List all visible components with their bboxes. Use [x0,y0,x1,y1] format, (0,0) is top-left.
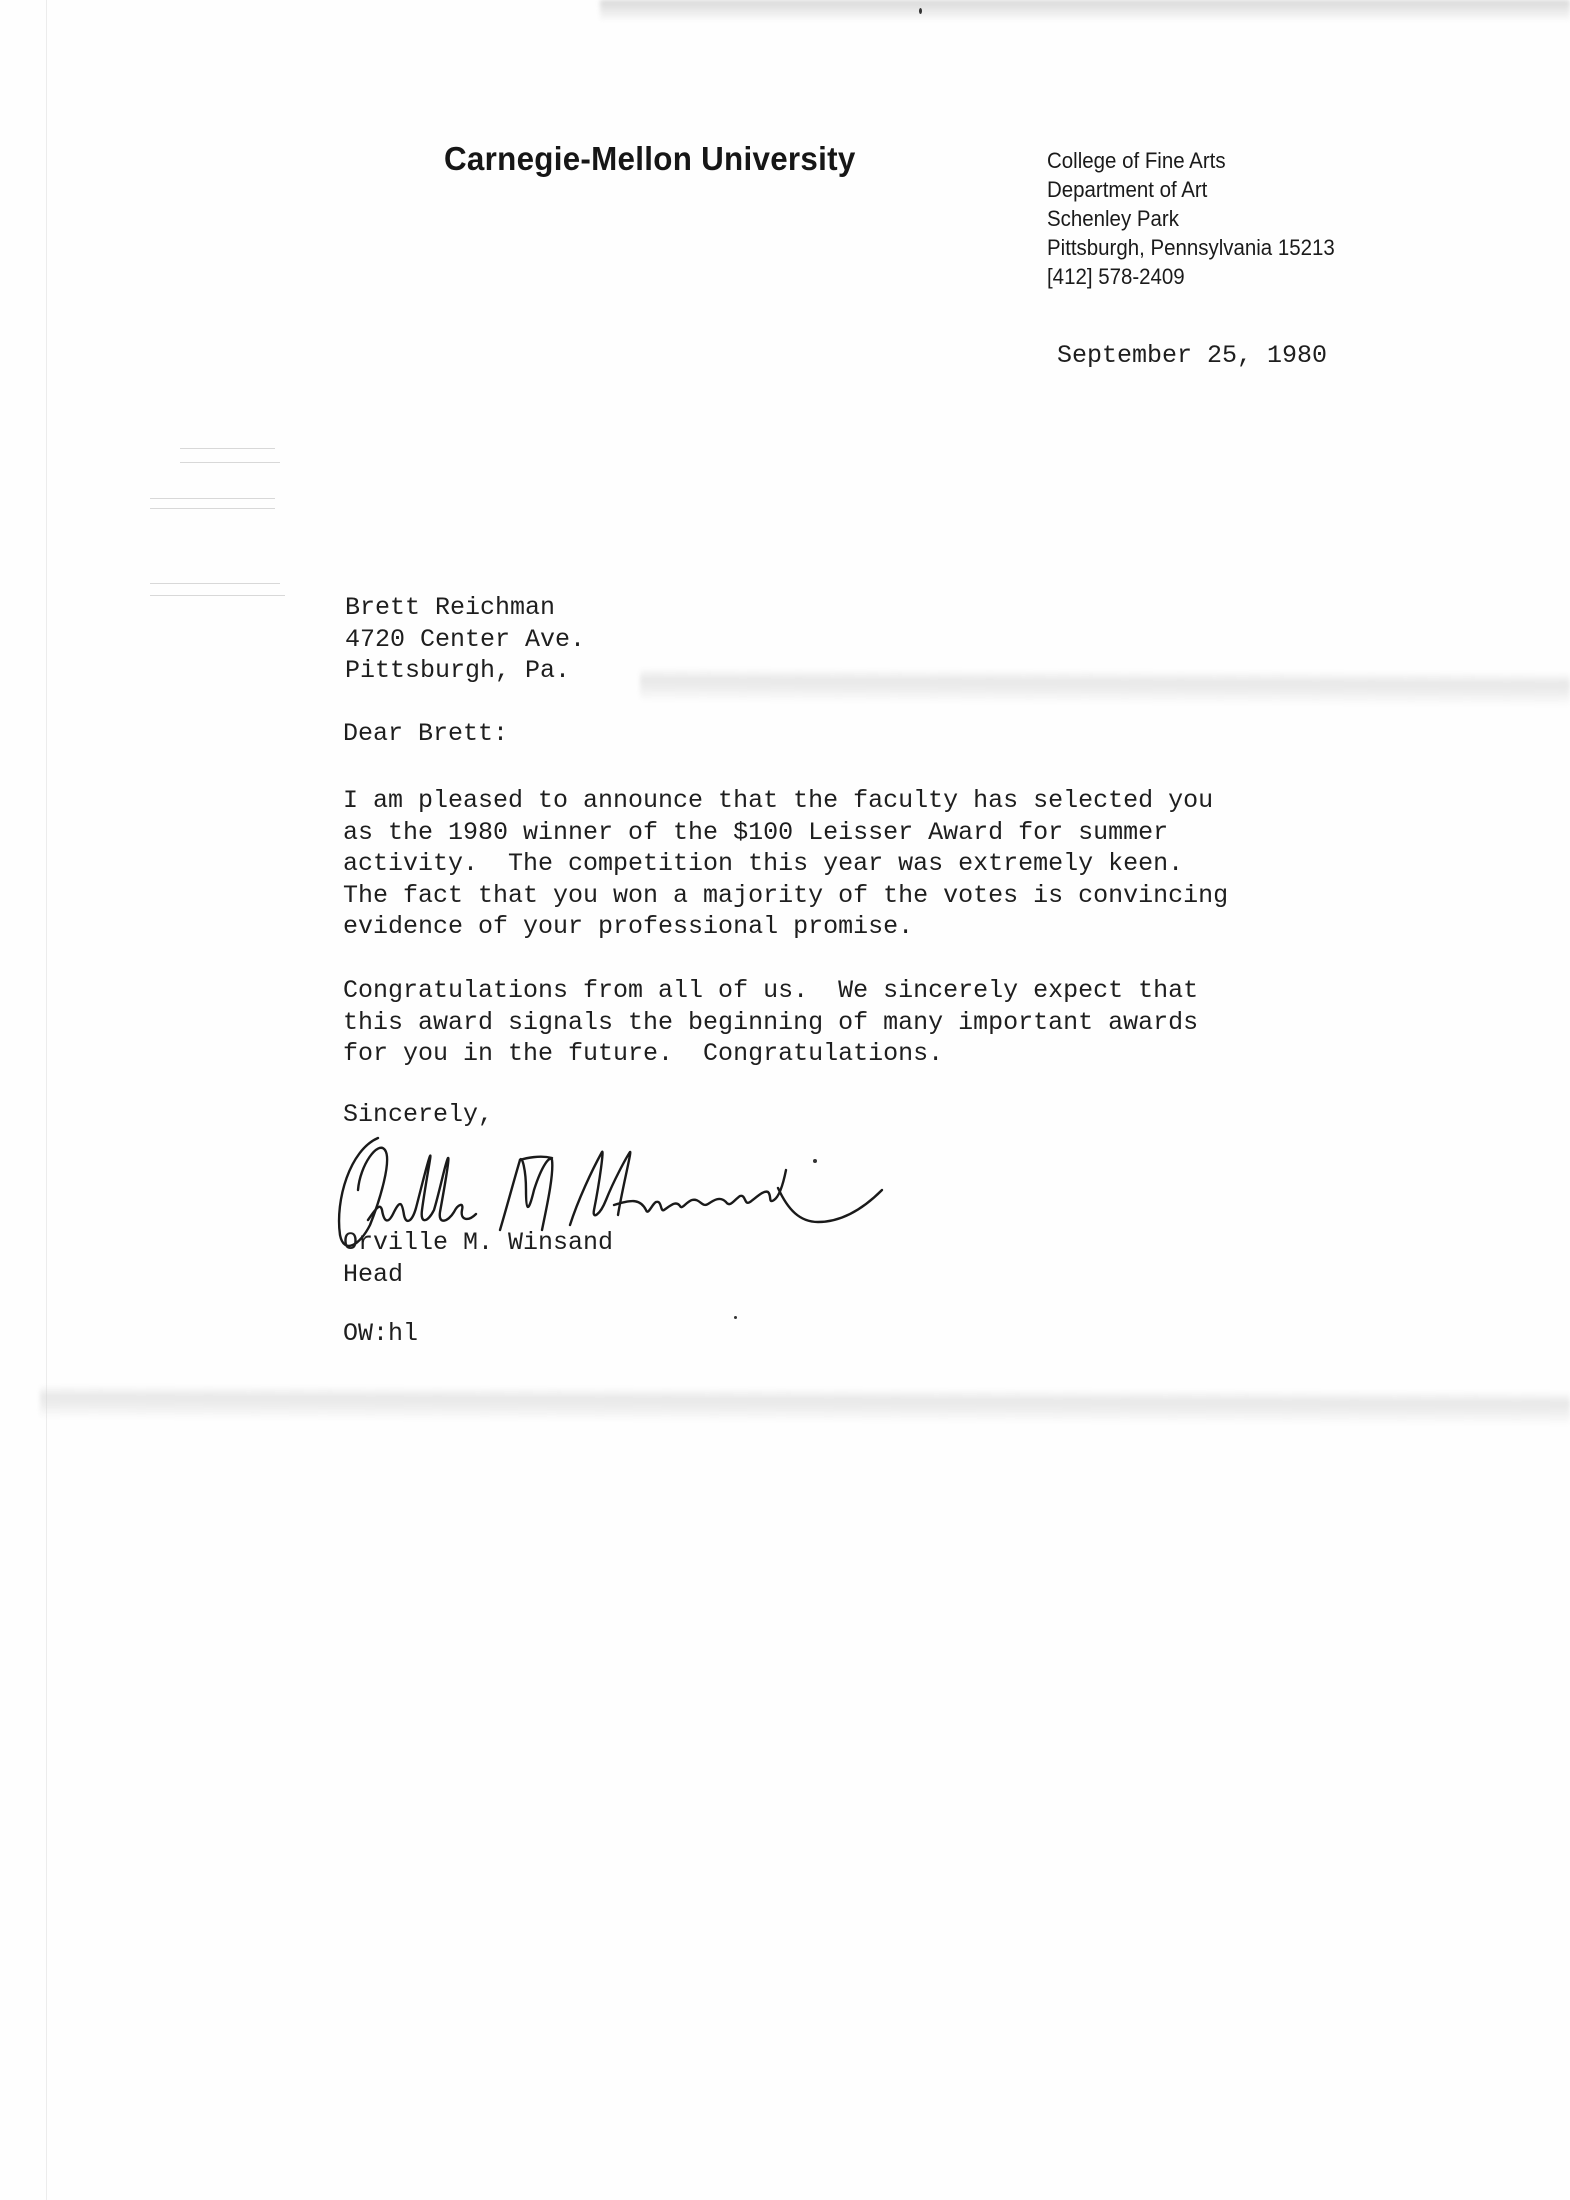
paper-fold-shadow [600,0,1570,22]
recipient-city: Pittsburgh, Pa. [345,655,585,687]
body-line: activity. The competition this year was … [343,848,1228,880]
letter-page: Carnegie-Mellon University College of Fi… [0,0,1570,2200]
ink-speck [734,1316,737,1319]
institution-name: Carnegie-Mellon University [444,140,856,178]
scan-edge-line [46,0,47,2200]
signer-title: Head [343,1259,613,1291]
body-line: I am pleased to announce that the facult… [343,785,1228,817]
body-paragraph: I am pleased to announce that the facult… [343,785,1228,943]
paper-fold-shadow [40,1385,1570,1426]
paper-fold-shadow [640,668,1570,707]
letterhead-address: College of Fine Arts Department of Art S… [1047,146,1335,291]
signer-block: Orville M. Winsand Head [343,1227,613,1290]
body-line: evidence of your professional promise. [343,911,1228,943]
letter-date: September 25, 1980 [1057,340,1327,372]
phone-number: [412] 578-2409 [1047,262,1335,291]
address-line: Department of Art [1047,175,1335,204]
recipient-name: Brett Reichman [345,592,585,624]
salutation: Dear Brett: [343,718,508,750]
body-line: as the 1980 winner of the $100 Leisser A… [343,817,1228,849]
bleed-through-marks [150,440,290,620]
signer-name: Orville M. Winsand [343,1227,613,1259]
address-line: Pittsburgh, Pennsylvania 15213 [1047,233,1335,262]
address-line: Schenley Park [1047,204,1335,233]
closing: Sincerely, [343,1099,493,1131]
body-line: The fact that you won a majority of the … [343,880,1228,912]
reference-initials: OW:hl [343,1318,418,1350]
address-line: College of Fine Arts [1047,146,1335,175]
body-paragraph: Congratulations from all of us. We since… [343,975,1198,1070]
ink-speck [919,8,922,14]
recipient-block: Brett Reichman 4720 Center Ave. Pittsbur… [345,592,585,687]
ink-speck [813,1159,817,1163]
body-line: Congratulations from all of us. We since… [343,975,1198,1007]
body-line: for you in the future. Congratulations. [343,1038,1198,1070]
body-line: this award signals the beginning of many… [343,1007,1198,1039]
recipient-street: 4720 Center Ave. [345,624,585,656]
